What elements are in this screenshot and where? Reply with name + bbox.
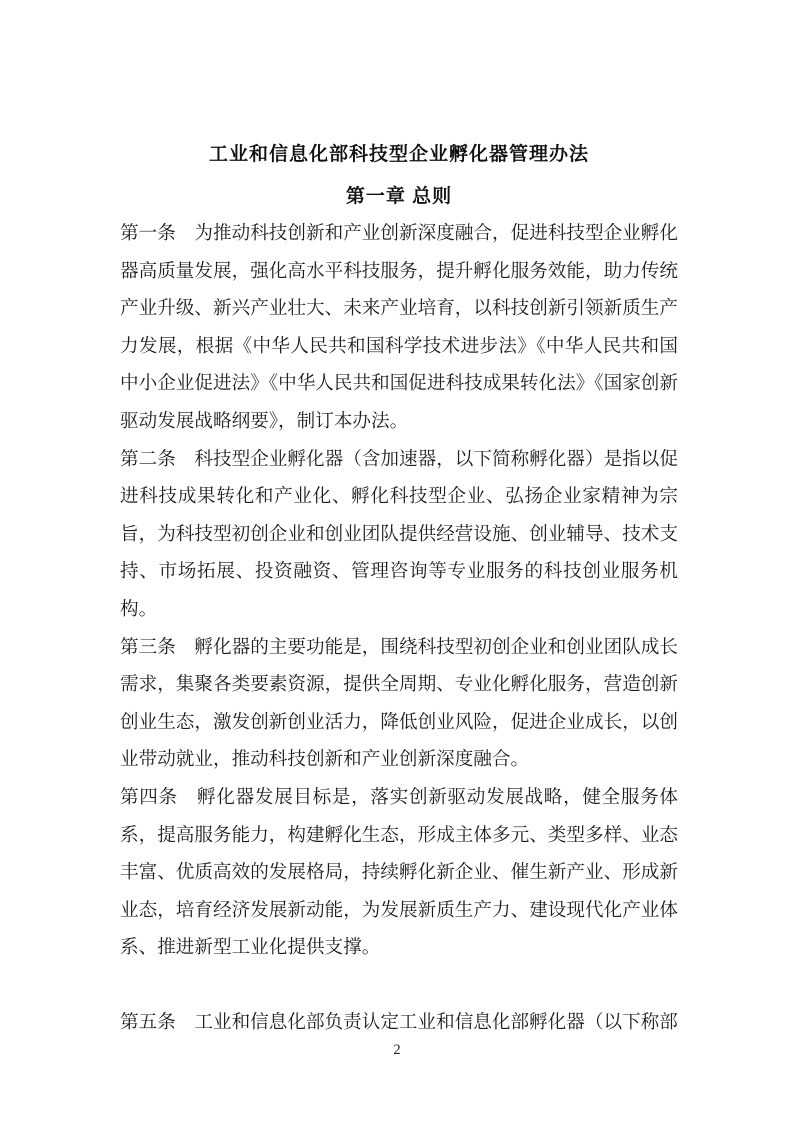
chapter-heading: 第一章 总则 [120,185,678,209]
page-number-footer: 2 [0,1042,794,1059]
document-title: 工业和信息化部科技型企业孵化器管理办法 [120,143,678,167]
body-paragraph-article-3: 第三条 孵化器的主要功能是，围绕科技型初创企业和创业团队成长需求，集聚各类要素资… [120,629,678,779]
document-body: 第一条 为推动科技创新和产业创新深度融合，促进科技型企业孵化器高质量发展，强化高… [120,215,678,1042]
document-page: 工业和信息化部科技型企业孵化器管理办法 第一章 总则 第一条 为推动科技创新和产… [0,0,794,1123]
body-paragraph-article-5: 第五条 工业和信息化部负责认定工业和信息化部孵化器（以下称部 [120,1004,678,1042]
body-paragraph-article-2: 第二条 科技型企业孵化器（含加速器，以下简称孵化器）是指以促进科技成果转化和产业… [120,441,678,629]
body-paragraph-article-4: 第四条 孵化器发展目标是，落实创新驱动发展战略，健全服务体系，提高服务能力，构建… [120,779,678,967]
body-paragraph-article-1: 第一条 为推动科技创新和产业创新深度融合，促进科技型企业孵化器高质量发展，强化高… [120,215,678,441]
